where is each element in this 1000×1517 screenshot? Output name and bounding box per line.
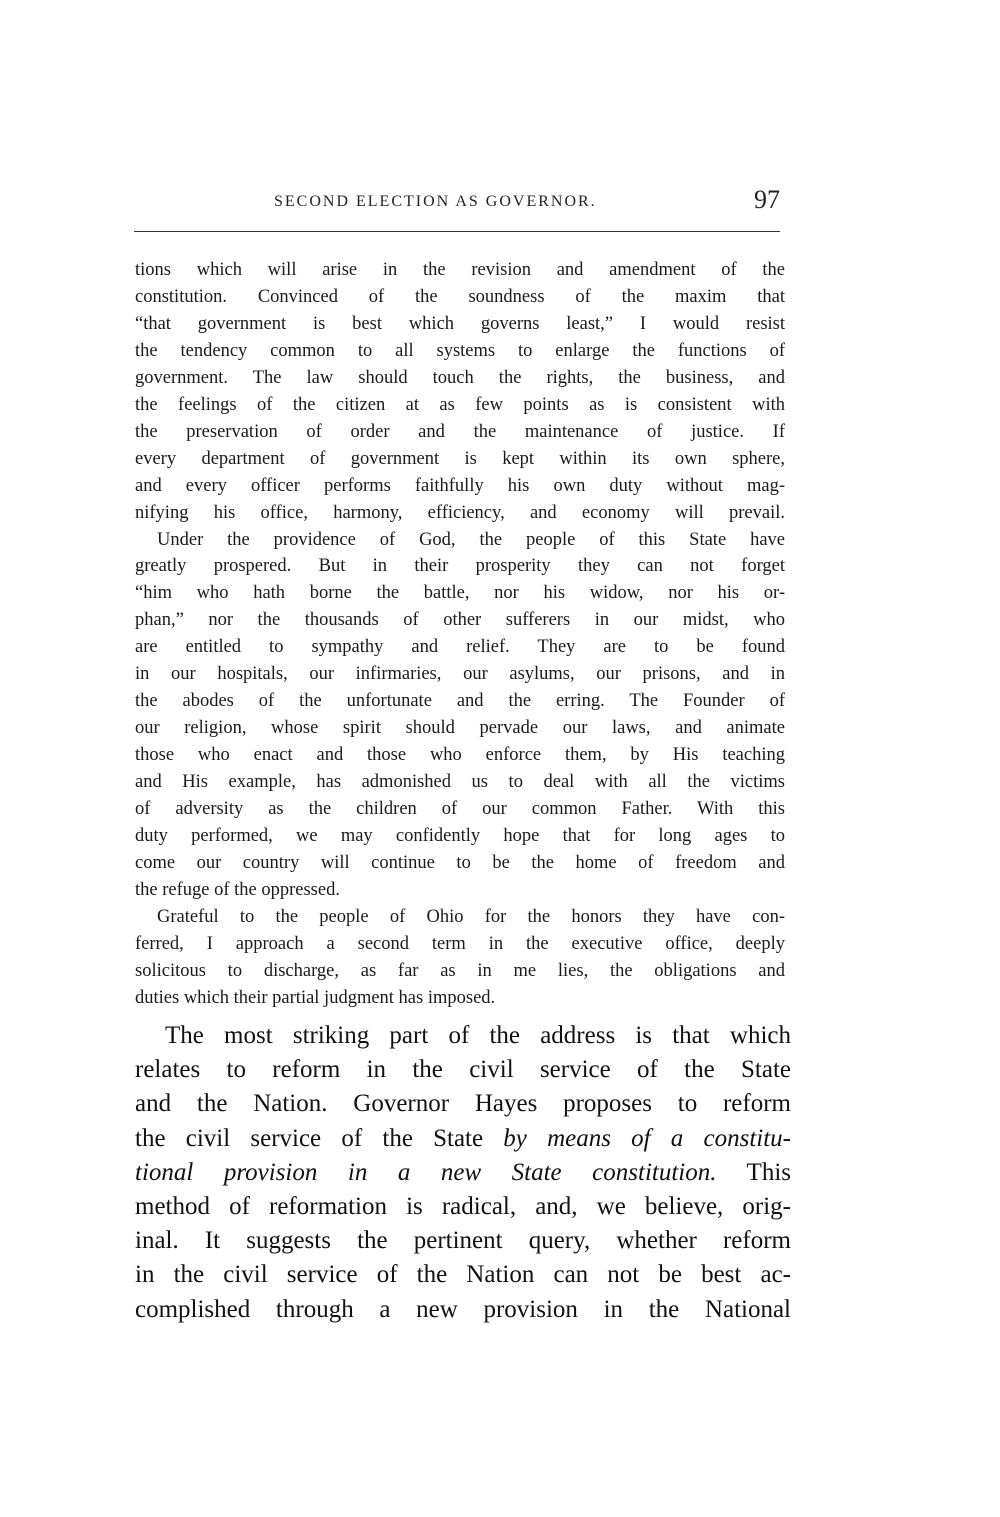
plain-text: the civil service of the State xyxy=(135,1125,503,1152)
text-line: “that government is best which governs l… xyxy=(135,311,785,338)
text-line: Grateful to the people of Ohio for the h… xyxy=(135,904,785,931)
address-paragraph-1: tions which will arise in the revision a… xyxy=(135,257,785,527)
text-line: in the civil service of the Nation can n… xyxy=(135,1258,791,1292)
italic-text: tional provision in a new State constitu… xyxy=(135,1159,716,1186)
text-line: our religion, whose spirit should pervad… xyxy=(135,715,785,742)
text-line: constitution. Convinced of the soundness… xyxy=(135,284,785,311)
quoted-address: tions which will arise in the revision a… xyxy=(135,257,785,1012)
italic-text: by means of a constitu- xyxy=(503,1125,791,1152)
text-line: inal. It suggests the pertinent query, w… xyxy=(135,1224,791,1258)
running-head: SECOND ELECTION AS GOVERNOR. 97 xyxy=(134,180,784,220)
text-line: the refuge of the oppressed. xyxy=(135,877,785,904)
text-line: phan,” nor the thousands of other suffer… xyxy=(135,607,785,634)
text-line: come our country will continue to be the… xyxy=(135,850,785,877)
text-line: tional provision in a new State constitu… xyxy=(135,1156,791,1190)
address-paragraph-3: Grateful to the people of Ohio for the h… xyxy=(135,904,785,1012)
text-line: duties which their partial judgment has … xyxy=(135,985,785,1012)
text-line: complished through a new provision in th… xyxy=(135,1293,791,1327)
header-rule xyxy=(134,231,780,232)
commentary-paragraph: The most striking part of the address is… xyxy=(135,1019,791,1327)
text-line: and His example, has admonished us to de… xyxy=(135,769,785,796)
text-line: duty performed, we may confidently hope … xyxy=(135,823,785,850)
page-number: 97 xyxy=(754,185,780,215)
text-line: relates to reform in the civil service o… xyxy=(135,1053,791,1087)
text-line: the tendency common to all systems to en… xyxy=(135,338,785,365)
text-line: the abodes of the unfortunate and the er… xyxy=(135,688,785,715)
running-title: SECOND ELECTION AS GOVERNOR. xyxy=(274,193,597,211)
text-line: the preservation of order and the mainte… xyxy=(135,419,785,446)
text-line: “him who hath borne the battle, nor his … xyxy=(135,580,785,607)
text-line: in our hospitals, our infirmaries, our a… xyxy=(135,661,785,688)
text-line: and every officer performs faithfully hi… xyxy=(135,473,785,500)
text-line: The most striking part of the address is… xyxy=(135,1019,791,1053)
text-line: the feelings of the citizen at as few po… xyxy=(135,392,785,419)
text-line: those who enact and those who enforce th… xyxy=(135,742,785,769)
text-line: nifying his office, harmony, efficiency,… xyxy=(135,500,785,527)
book-page: SECOND ELECTION AS GOVERNOR. 97 tions wh… xyxy=(0,0,1000,1517)
text-line: government. The law should touch the rig… xyxy=(135,365,785,392)
address-paragraph-2: Under the providence of God, the people … xyxy=(135,527,785,904)
plain-text: This xyxy=(716,1159,791,1186)
text-line: the civil service of the State by means … xyxy=(135,1122,791,1156)
text-line: solicitous to discharge, as far as in me… xyxy=(135,958,785,985)
text-line: greatly prospered. But in their prosperi… xyxy=(135,553,785,580)
text-line: of adversity as the children of our comm… xyxy=(135,796,785,823)
text-line: method of reformation is radical, and, w… xyxy=(135,1190,791,1224)
text-line: ferred, I approach a second term in the … xyxy=(135,931,785,958)
text-line: and the Nation. Governor Hayes proposes … xyxy=(135,1087,791,1121)
text-line: every department of government is kept w… xyxy=(135,446,785,473)
text-line: Under the providence of God, the people … xyxy=(135,527,785,554)
text-line: tions which will arise in the revision a… xyxy=(135,257,785,284)
text-line: are entitled to sympathy and relief. The… xyxy=(135,634,785,661)
